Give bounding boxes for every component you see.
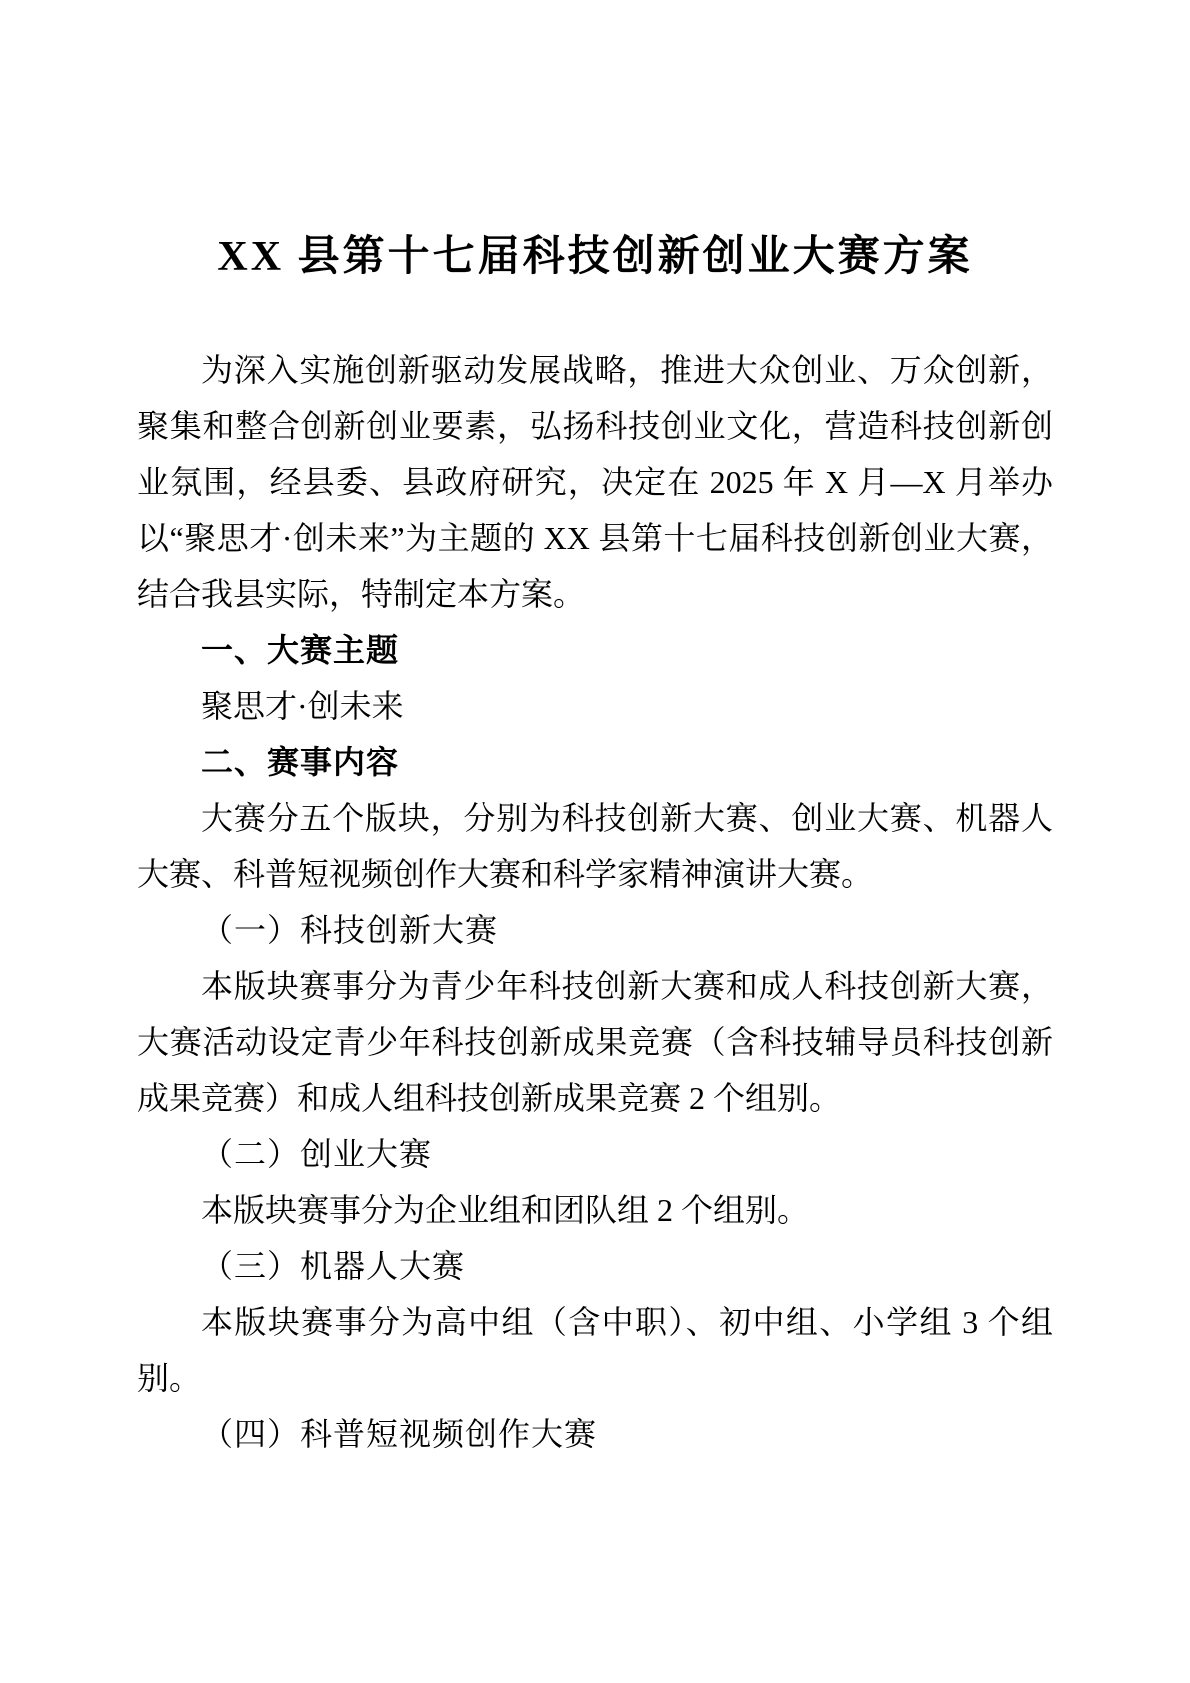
document-body: 为深入实施创新驱动发展战略，推进大众创业、万众创新，聚集和整合创新创业要素，弘扬… [137, 342, 1053, 1462]
document-page: XX 县第十七届科技创新创业大赛方案 为深入实施创新驱动发展战略，推进大众创业、… [0, 0, 1190, 1683]
subsection-heading: （三）机器人大赛 [137, 1238, 1053, 1294]
subsection-heading: （二）创业大赛 [137, 1126, 1053, 1182]
paragraph: 本版块赛事分为青少年科技创新大赛和成人科技创新大赛，大赛活动设定青少年科技创新成… [137, 958, 1053, 1126]
paragraph: 本版块赛事分为企业组和团队组 2 个组别。 [137, 1182, 1053, 1238]
section-heading: 二、赛事内容 [137, 734, 1053, 790]
subsection-heading: （四）科普短视频创作大赛 [137, 1406, 1053, 1462]
subsection-heading: （一）科技创新大赛 [137, 902, 1053, 958]
paragraph: 本版块赛事分为高中组（含中职）、初中组、小学组 3 个组别。 [137, 1294, 1053, 1406]
paragraph: 大赛分五个版块，分别为科技创新大赛、创业大赛、机器人大赛、科普短视频创作大赛和科… [137, 790, 1053, 902]
paragraph: 聚思才·创未来 [137, 678, 1053, 734]
section-heading: 一、大赛主题 [137, 622, 1053, 678]
paragraph: 为深入实施创新驱动发展战略，推进大众创业、万众创新，聚集和整合创新创业要素，弘扬… [137, 342, 1053, 622]
document-title: XX 县第十七届科技创新创业大赛方案 [137, 229, 1053, 285]
